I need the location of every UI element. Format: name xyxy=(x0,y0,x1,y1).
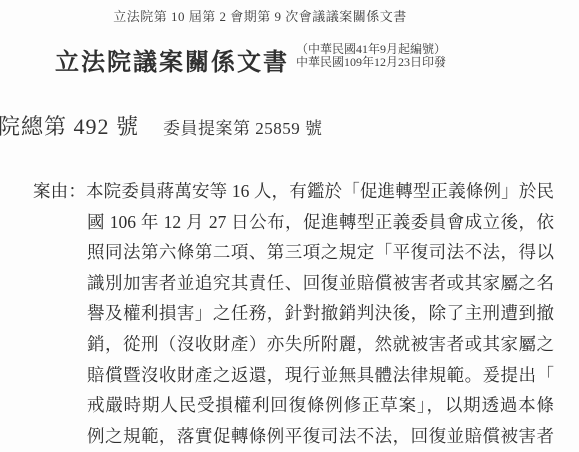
case-line: 國 106 年 12 月 27 日公布，促進轉型正義委員會成立後，依 xyxy=(87,207,554,238)
yuan-total-number: 院總第 492 號 xyxy=(0,110,139,141)
case-line: 譽及權利損害」之任務，針對撤銷判決後，除了主刑遭到撤 xyxy=(87,298,554,329)
case-line: 案由：本院委員蔣萬安等 16 人，有鑑於「促進轉型正義條例」於民 xyxy=(33,176,554,207)
case-summary: 案由：本院委員蔣萬安等 16 人，有鑑於「促進轉型正義條例」於民 國 106 年… xyxy=(33,176,554,451)
case-line: 例之規範，落實促轉條例平復司法不法，回復並賠償被害者 xyxy=(87,421,554,452)
member-proposal-number: 委員提案第 25859 號 xyxy=(163,114,323,139)
case-line: 銷，從刑（沒收財產）亦失所附麗，然就被害者或其家屬之 xyxy=(87,329,554,360)
print-date: 中華民國109年12月23日印發 xyxy=(296,56,446,69)
session-header: 立法院第 10 屆第 2 會期第 9 次會議議案關係文書 xyxy=(0,6,520,25)
case-line: 照同法第六條第二項、第三項之規定「平復司法不法，得以 xyxy=(87,237,554,268)
document-numbers: 院總第 492 號 委員提案第 25859 號 xyxy=(0,110,323,141)
case-line: 戒嚴時期人民受損權利回復條例修正草案」，以期透過本條 xyxy=(87,390,554,421)
case-label: 案由： xyxy=(33,181,86,201)
print-info: （中華民國41年9月起編號） 中華民國109年12月23日印發 xyxy=(296,43,446,69)
case-line: 賠償暨沒收財產之返還，現行並無具體法律規範。爰提出「 xyxy=(87,360,554,391)
case-line: 識別加害者並追究其責任、回復並賠償被害者或其家屬之名 xyxy=(87,268,554,299)
document-page: 立法院第 10 屆第 2 會期第 9 次會議議案關係文書 立法院議案關係文書 （… xyxy=(0,0,579,452)
case-text: 本院委員蔣萬安等 16 人，有鑑於「促進轉型正義條例」於民 xyxy=(86,181,554,201)
document-title: 立法院議案關係文書 xyxy=(55,42,289,77)
